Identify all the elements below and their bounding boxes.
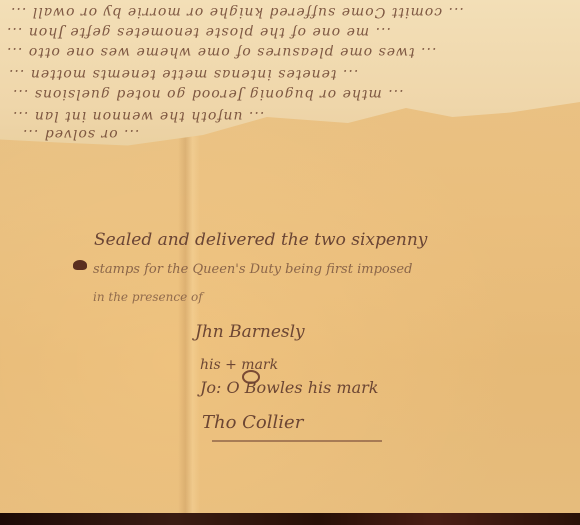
ink-mark-icon bbox=[73, 260, 87, 270]
signature-flourish bbox=[212, 440, 382, 442]
witness-signature-2: his + mark bbox=[200, 357, 278, 373]
endorsement-line-3: in the presence of bbox=[93, 290, 203, 304]
endorsement-line-1: Sealed and delivered the two sixpenny bbox=[94, 230, 427, 250]
flap-line: ... or solved ... bbox=[22, 126, 139, 142]
flap-line: ... me one of the ploste tenometes gefte… bbox=[6, 24, 391, 40]
document-photo: ... comitt Come suffered knighe or morri… bbox=[0, 0, 580, 525]
flap-line: ... comitt Come suffered knighe or morri… bbox=[10, 4, 464, 20]
endorsement-line-2: stamps for the Queen's Duty being first … bbox=[93, 262, 412, 277]
flap-line: ... twes ome pleasures of ome wheme wes … bbox=[6, 44, 436, 60]
witness-signature-4: Tho Collier bbox=[202, 412, 303, 433]
witness-signature-1: Jhn Barnesly bbox=[195, 322, 305, 342]
witness-signature-3: Jo: O Bowles his mark bbox=[200, 378, 378, 397]
background-surface bbox=[0, 513, 580, 525]
flap-line: ... unfoth the wennon int lan ... bbox=[12, 108, 264, 124]
flap-line: ... mthe or bugonig Jerood go noted guel… bbox=[12, 86, 404, 102]
flap-line: ... tenetes intenas mette tenemts motten… bbox=[8, 66, 358, 82]
